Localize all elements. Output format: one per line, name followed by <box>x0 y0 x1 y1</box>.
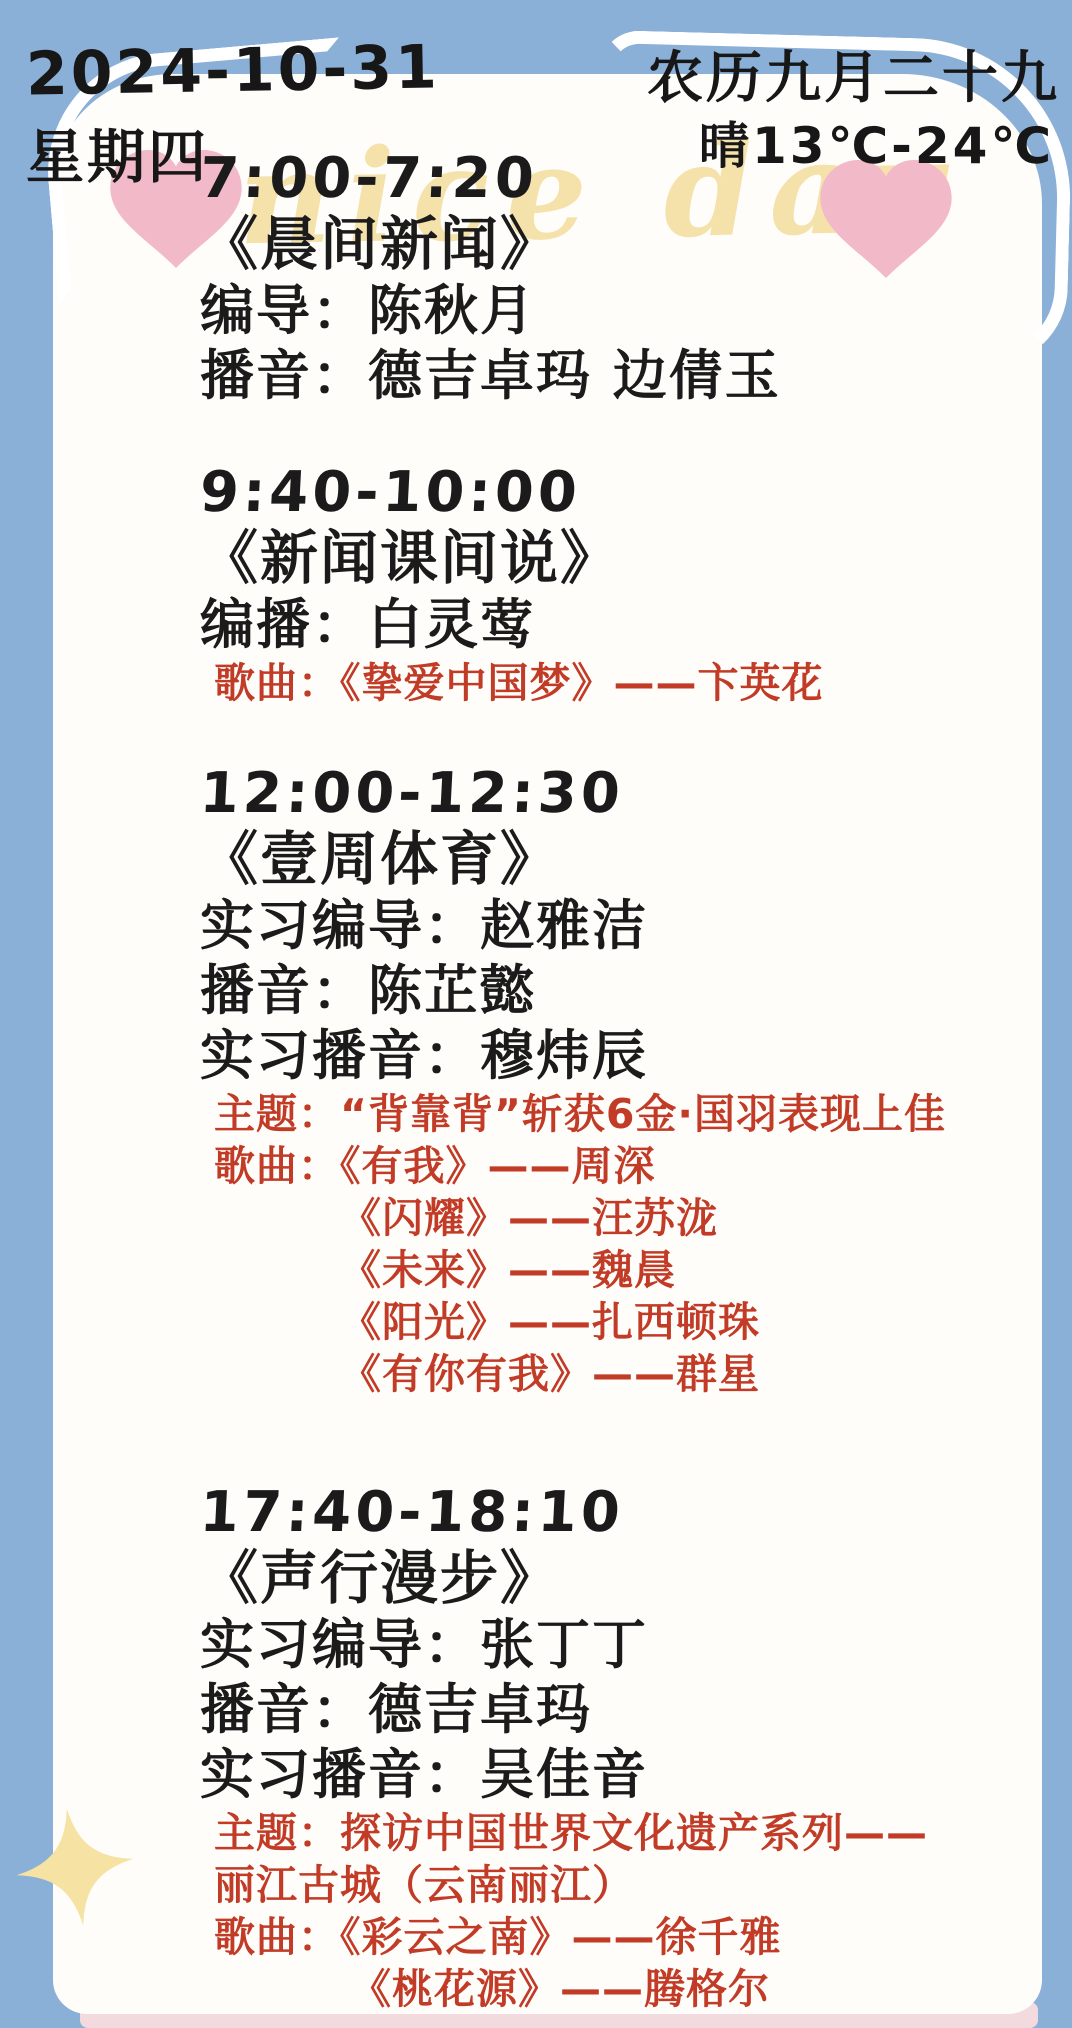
program-song-note: 《阳光》——扎西顿珠 <box>200 1296 1010 1348</box>
program-role: 实习编导：张丁丁 <box>200 1612 1010 1677</box>
program-role: 编播：白灵莺 <box>200 592 1010 657</box>
program-section-weekly-sports: 12:00-12:30 《壹周体育》 实习编导：赵雅洁 播音：陈芷懿 实习播音：… <box>200 763 1010 1400</box>
program-time: 17:40-18:10 <box>198 1482 1011 1544</box>
lunar-date-text: 农历九月二十九 <box>647 34 1060 114</box>
program-role: 播音：德吉卓玛 边倩玉 <box>200 343 1010 408</box>
program-theme-note: 主题：“背靠背”斩获6金·国羽表现上佳 <box>200 1088 1010 1140</box>
program-title: 《新闻课间说》 <box>200 524 1010 592</box>
program-time: 12:00-12:30 <box>198 763 1011 825</box>
program-role: 实习播音：吴佳音 <box>200 1742 1010 1807</box>
program-section-sound-walk: 17:40-18:10 《声行漫步》 实习编导：张丁丁 播音：德吉卓玛 实习播音… <box>200 1482 1010 2015</box>
program-role: 编导：陈秋月 <box>200 278 1010 343</box>
program-title: 《壹周体育》 <box>200 825 1010 893</box>
program-title: 《晨间新闻》 <box>200 210 1010 278</box>
program-time: 9:40-10:00 <box>198 462 1011 524</box>
weather-text: 晴13℃-24℃ <box>699 106 1054 178</box>
program-song-note: 《闪耀》——汪苏泷 <box>200 1192 1010 1244</box>
program-song-note: 歌曲：《挚爱中国梦》——卞英花 <box>200 657 1010 709</box>
program-role: 播音：陈芷懿 <box>200 958 1010 1023</box>
program-title: 《声行漫步》 <box>200 1544 1010 1612</box>
program-song-note: 《桃花源》——腾格尔 <box>200 1963 1010 2015</box>
program-song-note: 歌曲：《彩云之南》——徐千雅 <box>200 1911 1010 1963</box>
weekday-text: 星期四 <box>26 110 209 194</box>
program-role: 实习编导：赵雅洁 <box>200 893 1010 958</box>
program-song-note: 《未来》——魏晨 <box>200 1244 1010 1296</box>
program-section-class-break-news: 9:40-10:00 《新闻课间说》 编播：白灵莺 歌曲：《挚爱中国梦》——卞英… <box>200 462 1010 709</box>
program-role: 实习播音：穆炜辰 <box>200 1023 1010 1088</box>
schedule-content: 7:00-7:20 《晨间新闻》 编导：陈秋月 播音：德吉卓玛 边倩玉 9:40… <box>200 148 1010 2015</box>
sparkle-star-icon <box>8 1800 141 1933</box>
program-song-note: 歌曲：《有我》——周深 <box>200 1140 1010 1192</box>
program-role: 播音：德吉卓玛 <box>200 1677 1010 1742</box>
schedule-poster: nice day 2024-10-31 星期四 农历九月二十九 晴13℃-24℃… <box>0 0 1072 2028</box>
program-theme-note: 主题：探访中国世界文化遗产系列—— <box>200 1807 1010 1859</box>
program-section-morning-news: 7:00-7:20 《晨间新闻》 编导：陈秋月 播音：德吉卓玛 边倩玉 <box>200 148 1010 408</box>
date-text: 2024-10-31 <box>25 32 440 109</box>
program-theme-note: 丽江古城（云南丽江） <box>200 1859 1010 1911</box>
program-song-note: 《有你有我》——群星 <box>200 1348 1010 1400</box>
